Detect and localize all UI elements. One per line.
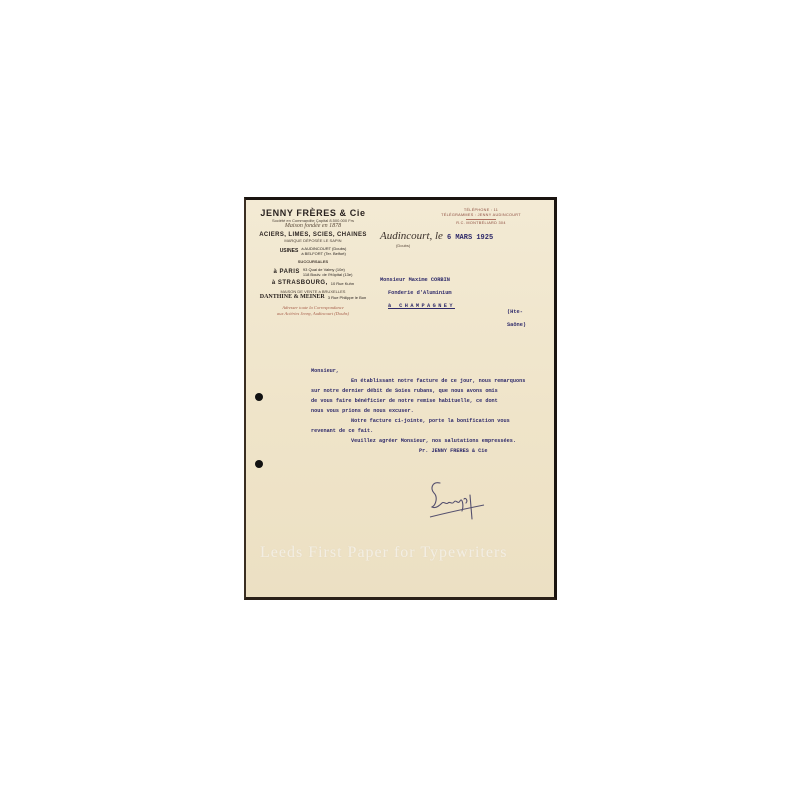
punch-hole <box>255 393 263 401</box>
department: (Doubs) <box>396 243 410 248</box>
punch-hole <box>255 460 263 468</box>
branches-label: SUCCURSALES <box>252 259 374 264</box>
paper-watermark: Leeds First Paper for Typewriters <box>260 544 508 562</box>
recipient-address: Monsieur Maxime CORBIN Fonderie d'Alumin… <box>380 274 455 313</box>
letterhead-contact: TÉLÉPHONE : 11 TÉLÉGRAMMES : JENNY AUDIN… <box>431 208 531 226</box>
scanned-letter: JENNY FRÈRES & Cie Société en Commandite… <box>244 197 557 600</box>
body-line: revenant de ce fait. <box>311 426 556 436</box>
strasbourg-branch: à STRASBOURG, 10 Rue Kuhn <box>252 280 374 286</box>
recipient-name: Monsieur Maxime CORBIN <box>380 274 455 287</box>
registry: R.C. MONTBÉLIARD 304 <box>431 221 531 226</box>
body-line: En établissant notre facture de ce jour,… <box>311 376 556 386</box>
company-name: JENNY FRÈRES & Cie <box>252 208 374 218</box>
salutation: Monsieur, <box>311 366 556 376</box>
trademark: MARQUE DÉPOSÉE LE SAPIN <box>252 238 374 243</box>
body-line: Notre facture ci-jointe, porte la bonifi… <box>311 416 556 426</box>
brussels-address: 3 Rue Philippe le Bon <box>328 295 366 300</box>
strasbourg-label: à STRASBOURG, <box>272 280 328 286</box>
recipient-city: à CHAMPAGNEY <box>380 300 455 313</box>
brussels-agent: DANTHINE & MEINER <box>260 294 325 300</box>
divider <box>466 219 496 220</box>
brussels-agent-row: DANTHINE & MEINER 3 Rue Philippe le Bon <box>252 294 374 300</box>
letter-body: Monsieur, En établissant notre facture d… <box>311 366 556 456</box>
factories: USINES à AUDINCOURT (Doubs) à BELFORT (T… <box>252 246 374 256</box>
recipient-company: Fonderie d'Aluminium <box>380 287 455 300</box>
factory-address: à BELFORT (Ter. Belfort) <box>301 251 346 256</box>
correspondence-note: Adresser toute la Correspondance aux Aci… <box>252 305 374 317</box>
strasbourg-address: 10 Rue Kuhn <box>331 281 354 286</box>
handwritten-signature <box>426 475 486 530</box>
letterhead: JENNY FRÈRES & Cie Société en Commandite… <box>252 208 374 317</box>
body-line: nous vous prions de nous excuser. <box>311 406 556 416</box>
paris-branch: à PARIS 93 Quai de Valmy (10e) 118 Boulv… <box>252 267 374 277</box>
body-line: de vous faire bénéficier de notre remise… <box>311 396 556 406</box>
factories-label: USINES <box>280 248 299 254</box>
sign-off: Pr. JENNY FRERES & Cie <box>311 446 556 456</box>
founded: Maison fondée en 1878 <box>252 223 374 229</box>
dateline: Audincourt, le 6 MARS 1925 <box>380 230 493 242</box>
body-line: Veuillez agréer Monsieur, nos salutation… <box>311 436 556 446</box>
paris-label: à PARIS <box>274 269 300 275</box>
paris-address: 118 Boulv. de l'Hôpital (13e) <box>303 272 353 277</box>
telegraph: TÉLÉGRAMMES : JENNY AUDINCOURT <box>431 213 531 218</box>
date: 6 MARS 1925 <box>447 234 493 242</box>
recipient-department: (Hte-Saône) <box>507 306 526 332</box>
signature-icon <box>426 475 486 525</box>
body-line: sur notre dernier débit de Soies rubans,… <box>311 386 556 396</box>
place: Audincourt, le <box>380 230 443 242</box>
